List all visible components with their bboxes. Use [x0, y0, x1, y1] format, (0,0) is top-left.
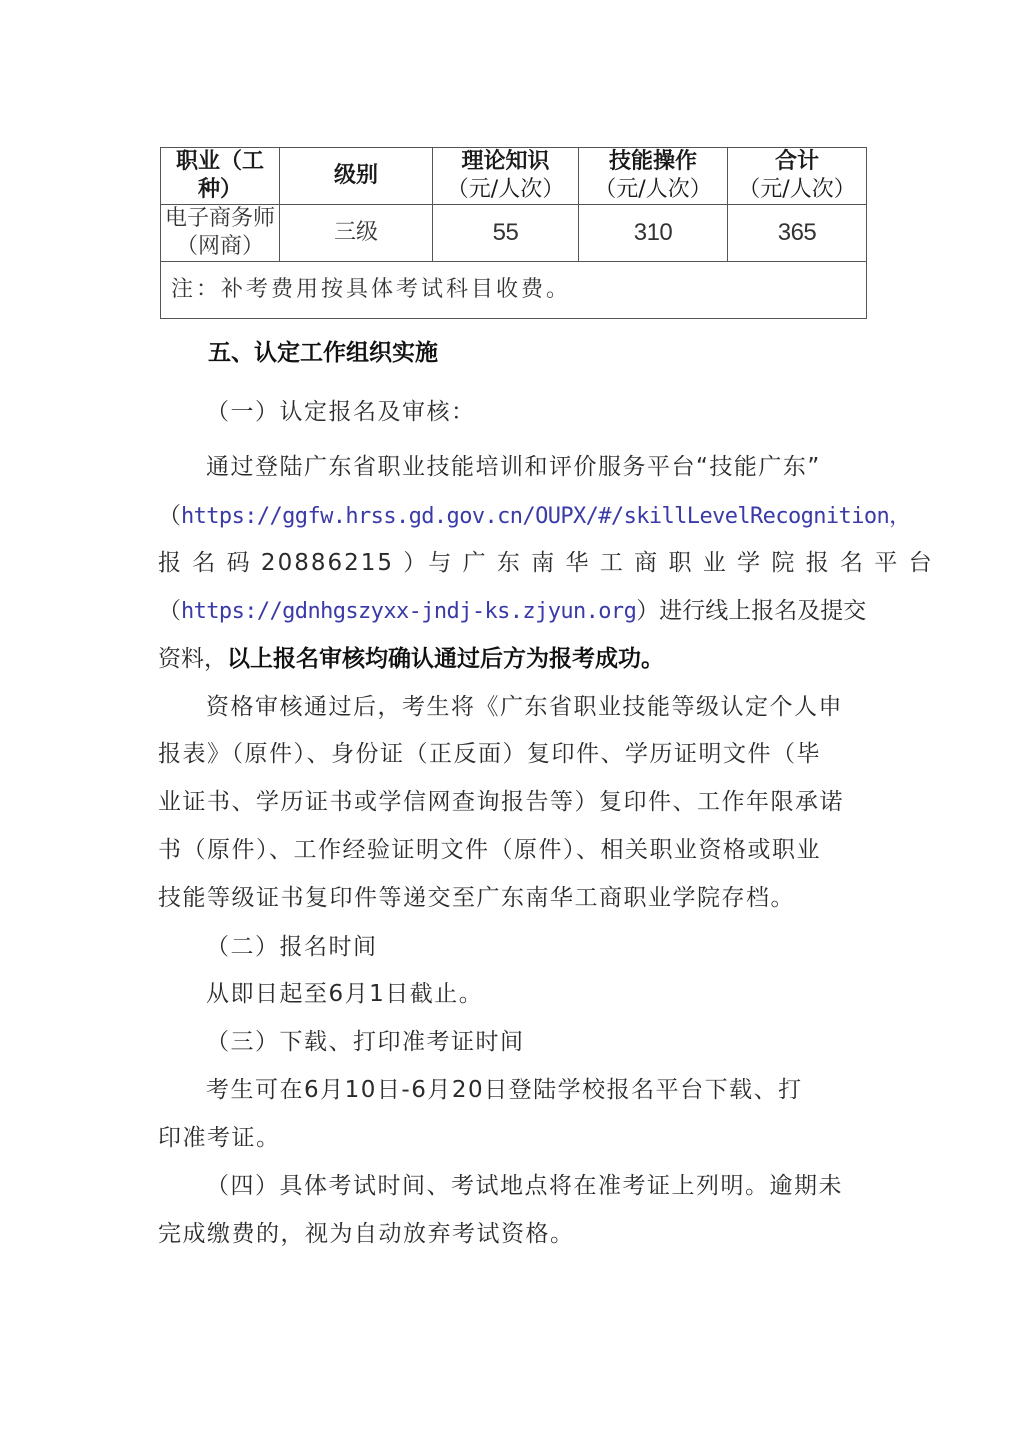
header-theory: 理论知识（元/人次） — [433, 148, 579, 205]
skills-guangdong-link[interactable]: https://ggfw.hrss.gd.gov.cn/OUPX/#/skill… — [181, 504, 911, 529]
paragraph-line-link2: （https://gdnhgszyxx-jndj-ks.zjyun.org）进行… — [158, 592, 868, 625]
subsection-3-title: （三）下载、打印准考证时间 — [206, 1023, 868, 1056]
subsection-4-line: （四）具体考试时间、考试地点将在准考证上列明。逾期未 — [206, 1167, 868, 1200]
paragraph-line: 技能等级证书复印件等递交至广东南华工商职业学院存档。 — [158, 879, 868, 912]
paragraph-line: 书（原件）、工作经验证明文件（原件）、相关职业资格或职业 — [158, 831, 868, 864]
paragraph-line: 从即日起至6月1日截止。 — [206, 975, 868, 1008]
table-note-row: 注：补考费用按具体考试科目收费。 — [161, 262, 867, 319]
emphasis-text: 以上报名审核均确认通过后方为报考成功。 — [227, 646, 664, 672]
paragraph-line: 资料，以上报名审核均确认通过后方为报考成功。 — [158, 640, 868, 673]
paragraph-line: 通过登陆广东省职业技能培训和评价服务平台“技能广东” — [206, 448, 868, 481]
fee-table: 职业（工种） 级别 理论知识（元/人次） 技能操作（元/人次） 合计（元/人次）… — [160, 147, 867, 319]
paragraph-line: 资格审核通过后，考生将《广东省职业技能等级认定个人申 — [206, 688, 868, 721]
subsection-1-title: （一）认定报名及审核： — [206, 393, 868, 426]
paragraph-line: 印准考证。 — [158, 1119, 868, 1152]
subsection-2-title: （二）报名时间 — [206, 928, 868, 961]
document-page: 职业（工种） 级别 理论知识（元/人次） 技能操作（元/人次） 合计（元/人次）… — [0, 0, 1024, 1448]
header-level: 级别 — [280, 148, 433, 205]
header-total: 合计（元/人次） — [728, 148, 867, 205]
paragraph-line: 完成缴费的，视为自动放弃考试资格。 — [158, 1215, 868, 1248]
cell-skill: 310 — [579, 205, 728, 262]
table-note: 注：补考费用按具体考试科目收费。 — [161, 262, 867, 319]
cell-level: 三级 — [280, 205, 433, 262]
paragraph-line: 业证书、学历证书或学信网查询报告等）复印件、工作年限承诺 — [158, 783, 868, 816]
paragraph-line: 报 名 码 20886215 ）与 广 东 南 华 工 商 职 业 学 院 报 … — [158, 544, 868, 577]
paragraph-line-link1: （https://ggfw.hrss.gd.gov.cn/OUPX/#/skil… — [158, 497, 868, 530]
section-heading: 五、认定工作组织实施 — [208, 334, 918, 367]
fee-table-header-row: 职业（工种） 级别 理论知识（元/人次） 技能操作（元/人次） 合计（元/人次） — [161, 148, 867, 205]
paragraph-line: 考生可在6月10日-6月20日登陆学校报名平台下载、打 — [206, 1071, 868, 1104]
cell-total: 365 — [728, 205, 867, 262]
paragraph-line: 报表》（原件）、身份证（正反面）复印件、学历证明文件（毕 — [158, 735, 868, 768]
school-registration-link[interactable]: https://gdnhgszyxx-jndj-ks.zjyun.org — [181, 599, 636, 624]
header-occupation: 职业（工种） — [161, 148, 280, 205]
header-skill: 技能操作（元/人次） — [579, 148, 728, 205]
cell-theory: 55 — [433, 205, 579, 262]
table-row: 电子商务师（网商） 三级 55 310 365 — [161, 205, 867, 262]
cell-occupation: 电子商务师（网商） — [161, 205, 280, 262]
